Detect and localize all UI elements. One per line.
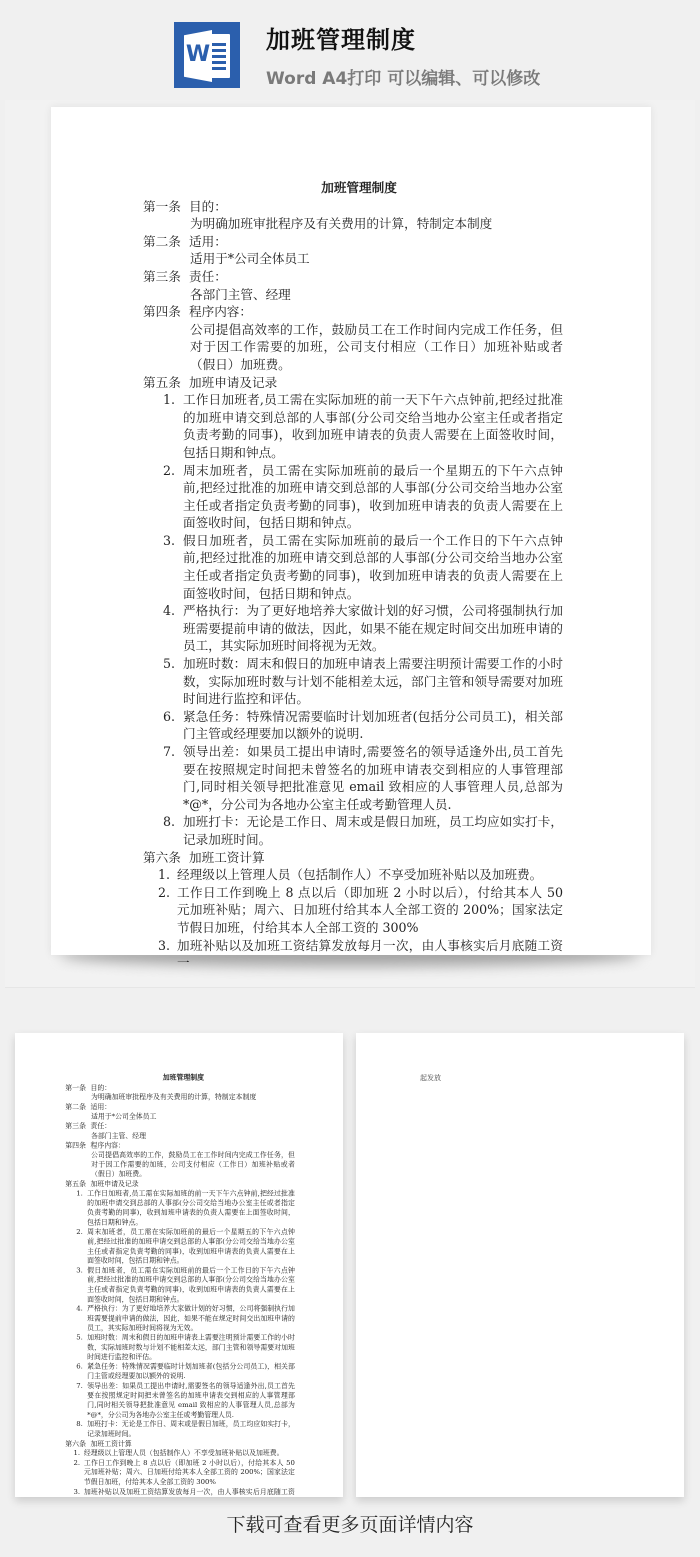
article-title: 加班申请及记录 [90, 1179, 138, 1189]
list-item: 6.紧急任务：特殊情况需要临时计划加班者(包括分公司员工)，相关部门主管或经理要… [65, 1361, 295, 1380]
list-number: 3. [143, 937, 177, 972]
list-item: 2.工作日工作到晚上 8 点以后（即加班 2 小时以后），付给其本人 50 元加… [143, 884, 563, 937]
word-document-icon: W [174, 22, 240, 88]
list-item: 1.工作日加班者,员工需在实际加班的前一天下午六点钟前,把经过批准的加班申请交到… [143, 391, 563, 461]
list-item: 3.加班补贴以及加班工资结算发放每月一次，由人事核实后月底随工资一 [65, 1487, 295, 1497]
list-text: 紧急任务：特殊情况需要临时计划加班者(包括分公司员工)，相关部门主管或经理要加以… [87, 1361, 295, 1380]
list-item: 8.加班打卡：无论是工作日、周末或是假日加班，员工均应如实打卡，记录加班时间。 [143, 813, 563, 848]
article-heading: 第四条程序内容： [143, 303, 563, 321]
article-label: 第四条 [143, 303, 189, 321]
list-text: 加班时数：周末和假日的加班申请表上需要注明预计需要工作的小时数，实际加班时数与计… [87, 1333, 295, 1362]
list-number: 1. [65, 1448, 84, 1458]
list-number: 7. [143, 743, 183, 813]
article-body: 适用于*公司全体员工 [143, 250, 563, 268]
list-item: 2.周末加班者，员工需在实际加班前的最后一个星期五的下午六点钟前,把经过批准的加… [143, 462, 563, 532]
document-title: 加班管理制度 [65, 1072, 295, 1082]
article-label: 第六条 [65, 1438, 90, 1448]
list-text: 加班时数：周末和假日的加班申请表上需要注明预计需要工作的小时数，实际加班时数与计… [183, 655, 563, 708]
article-heading: 第三条责任： [143, 268, 563, 286]
list-text: 经理级以上管理人员（包括制作人）不享受加班补贴以及加班费。 [84, 1448, 295, 1458]
article-label: 第二条 [65, 1102, 90, 1112]
list-text: 周末加班者，员工需在实际加班前的最后一个星期五的下午六点钟前,把经过批准的加班申… [183, 462, 563, 532]
list-number: 2. [65, 1227, 87, 1265]
list-number: 3. [143, 532, 183, 602]
thumbnail-page-2-text: 起发放 [420, 1073, 441, 1083]
article-heading: 第二条适用： [65, 1102, 295, 1112]
thumbnail-page-1-content: 加班管理制度第一条目的：为明确加班审批程序及有关费用的计算，特制定本制度第二条适… [15, 1033, 343, 1497]
article-label: 第六条 [143, 849, 189, 867]
article-heading: 第六条加班工资计算 [143, 849, 563, 867]
list-item: 1.经理级以上管理人员（包括制作人）不享受加班补贴以及加班费。 [143, 866, 563, 884]
list-item: 8.加班打卡：无论是工作日、周末或是假日加班，员工均应如实打卡，记录加班时间。 [65, 1419, 295, 1438]
list-number: 3. [65, 1265, 87, 1303]
article-heading: 第五条加班申请及记录 [143, 374, 563, 392]
list-number: 6. [143, 708, 183, 743]
list-item: 1.工作日加班者,员工需在实际加班的前一天下午六点钟前,把经过批准的加班申请交到… [65, 1188, 295, 1226]
list-number: 4. [65, 1304, 87, 1333]
list-number: 5. [65, 1333, 87, 1362]
list-number: 2. [143, 884, 177, 937]
article-label: 第一条 [65, 1083, 90, 1093]
list-text: 经理级以上管理人员（包括制作人）不享受加班补贴以及加班费。 [177, 866, 563, 884]
list-text: 工作日工作到晚上 8 点以后（即加班 2 小时以后），付给其本人 50 元加班补… [84, 1458, 295, 1487]
list-text: 加班补贴以及加班工资结算发放每月一次，由人事核实后月底随工资一 [84, 1487, 295, 1497]
list-text: 工作日工作到晚上 8 点以后（即加班 2 小时以后），付给其本人 50 元加班补… [177, 884, 563, 937]
thumbnail-page-1[interactable]: 加班管理制度第一条目的：为明确加班审批程序及有关费用的计算，特制定本制度第二条适… [15, 1033, 343, 1497]
article-label: 第五条 [65, 1179, 90, 1189]
list-number: 8. [65, 1419, 87, 1438]
list-item: 7.领导出差：如果员工提出申请时,需要签名的领导适逢外出,员工首先要在按照规定时… [143, 743, 563, 813]
thumbnail-document-content: 加班管理制度第一条目的：为明确加班审批程序及有关费用的计算，特制定本制度第二条适… [65, 1072, 295, 1497]
list-item: 2.周末加班者，员工需在实际加班前的最后一个星期五的下午六点钟前,把经过批准的加… [65, 1227, 295, 1265]
list-item: 2.工作日工作到晚上 8 点以后（即加班 2 小时以后），付给其本人 50 元加… [65, 1458, 295, 1487]
list-number: 8. [143, 813, 183, 848]
article-heading: 第四条程序内容： [65, 1140, 295, 1150]
list-item: 4.严格执行：为了更好地培养大家做计划的好习惯，公司将强制执行加班需要提前申请的… [65, 1304, 295, 1333]
article-title: 目的： [90, 1083, 111, 1093]
list-item: 5.加班时数：周末和假日的加班申请表上需要注明预计需要工作的小时数，实际加班时数… [65, 1333, 295, 1362]
list-text: 加班补贴以及加班工资结算发放每月一次，由人事核实后月底随工资一 [177, 937, 563, 972]
list-text: 领导出差：如果员工提出申请时,需要签名的领导适逢外出,员工首先要在按照规定时间把… [183, 743, 563, 813]
article-label: 第二条 [143, 233, 189, 251]
article-title: 责任： [90, 1121, 111, 1131]
list-text: 工作日加班者,员工需在实际加班的前一天下午六点钟前,把经过批准的加班申请交到总部… [183, 391, 563, 461]
list-number: 5. [143, 655, 183, 708]
article-title: 目的： [189, 198, 227, 216]
list-item: 5.加班时数：周末和假日的加班申请表上需要注明预计需要工作的小时数，实际加班时数… [143, 655, 563, 708]
article-body: 适用于*公司全体员工 [65, 1111, 295, 1121]
list-text: 紧急任务：特殊情况需要临时计划加班者(包括分公司员工)，相关部门主管或经理要加以… [183, 708, 563, 743]
article-title: 加班工资计算 [189, 849, 265, 867]
download-more-hint: 下载可查看更多页面详情内容 [0, 1510, 700, 1537]
article-label: 第三条 [65, 1121, 90, 1131]
list-number: 6. [65, 1361, 87, 1380]
article-label: 第一条 [143, 198, 189, 216]
word-icon-letter: W [184, 40, 212, 70]
article-heading: 第五条加班申请及记录 [65, 1179, 295, 1189]
article-title: 责任： [189, 268, 227, 286]
list-number: 2. [65, 1458, 84, 1487]
header: W 加班管理制度 Word A4打印 可以编辑、可以修改 [0, 0, 700, 100]
page-subtitle: Word A4打印 可以编辑、可以修改 [266, 64, 540, 89]
list-text: 工作日加班者,员工需在实际加班的前一天下午六点钟前,把经过批准的加班申请交到总部… [87, 1188, 295, 1226]
list-number: 3. [65, 1487, 84, 1497]
list-item: 4.严格执行：为了更好地培养大家做计划的好习惯，公司将强制执行加班需要提前申请的… [143, 602, 563, 655]
article-label: 第五条 [143, 374, 189, 392]
list-text: 加班打卡：无论是工作日、周末或是假日加班，员工均应如实打卡，记录加班时间。 [87, 1419, 295, 1438]
list-item: 3.假日加班者，员工需在实际加班前的最后一个工作日的下午六点钟前,把经过批准的加… [65, 1265, 295, 1303]
list-item: 7.领导出差：如果员工提出申请时,需要签名的领导适逢外出,员工首先要在按照规定时… [65, 1381, 295, 1419]
list-number: 1. [143, 391, 183, 461]
article-title: 程序内容： [90, 1140, 124, 1150]
list-text: 假日加班者，员工需在实际加班前的最后一个工作日的下午六点钟前,把经过批准的加班申… [183, 532, 563, 602]
article-body: 公司提倡高效率的工作，鼓励员工在工作时间内完成工作任务，但对于因工作需要的加班，… [65, 1150, 295, 1179]
article-title: 加班申请及记录 [189, 374, 277, 392]
thumbnail-page-2[interactable]: 起发放 [356, 1033, 684, 1497]
list-text: 加班打卡：无论是工作日、周末或是假日加班，员工均应如实打卡，记录加班时间。 [183, 813, 563, 848]
list-number: 1. [65, 1188, 87, 1226]
article-heading: 第二条适用： [143, 233, 563, 251]
document-content: 加班管理制度第一条目的：为明确加班审批程序及有关费用的计算，特制定本制度第二条适… [143, 179, 563, 972]
article-heading: 第三条责任： [65, 1121, 295, 1131]
article-title: 适用： [90, 1102, 111, 1112]
document-title: 加班管理制度 [143, 179, 563, 197]
article-heading: 第一条目的： [65, 1083, 295, 1093]
list-item: 1.经理级以上管理人员（包括制作人）不享受加班补贴以及加班费。 [65, 1448, 295, 1458]
list-number: 2. [143, 462, 183, 532]
list-item: 6.紧急任务：特殊情况需要临时计划加班者(包括分公司员工)，相关部门主管或经理要… [143, 708, 563, 743]
list-text: 严格执行：为了更好地培养大家做计划的好习惯，公司将强制执行加班需要提前申请的做法… [87, 1304, 295, 1333]
article-title: 适用： [189, 233, 227, 251]
article-body: 公司提倡高效率的工作，鼓励员工在工作时间内完成工作任务，但对于因工作需要的加班，… [143, 321, 563, 374]
article-title: 程序内容： [189, 303, 252, 321]
article-body: 为明确加班审批程序及有关费用的计算，特制定本制度 [65, 1092, 295, 1102]
list-text: 严格执行：为了更好地培养大家做计划的好习惯，公司将强制执行加班需要提前申请的做法… [183, 602, 563, 655]
list-number: 1. [143, 866, 177, 884]
list-text: 周末加班者，员工需在实际加班前的最后一个星期五的下午六点钟前,把经过批准的加班申… [87, 1227, 295, 1265]
article-body: 各部门主管、经理 [65, 1131, 295, 1141]
list-number: 7. [65, 1381, 87, 1419]
article-body: 各部门主管、经理 [143, 286, 563, 304]
document-page-1[interactable]: 加班管理制度第一条目的：为明确加班审批程序及有关费用的计算，特制定本制度第二条适… [51, 107, 651, 955]
article-label: 第四条 [65, 1140, 90, 1150]
article-heading: 第六条加班工资计算 [65, 1438, 295, 1448]
article-heading: 第一条目的： [143, 198, 563, 216]
article-body: 为明确加班审批程序及有关费用的计算，特制定本制度 [143, 215, 563, 233]
list-number: 4. [143, 602, 183, 655]
list-item: 3.假日加班者，员工需在实际加班前的最后一个工作日的下午六点钟前,把经过批准的加… [143, 532, 563, 602]
page-title: 加班管理制度 [266, 20, 416, 55]
list-item: 3.加班补贴以及加班工资结算发放每月一次，由人事核实后月底随工资一 [143, 937, 563, 972]
list-text: 假日加班者，员工需在实际加班前的最后一个工作日的下午六点钟前,把经过批准的加班申… [87, 1265, 295, 1303]
article-label: 第三条 [143, 268, 189, 286]
list-text: 领导出差：如果员工提出申请时,需要签名的领导适逢外出,员工首先要在按照规定时间把… [87, 1381, 295, 1419]
article-title: 加班工资计算 [90, 1438, 131, 1448]
